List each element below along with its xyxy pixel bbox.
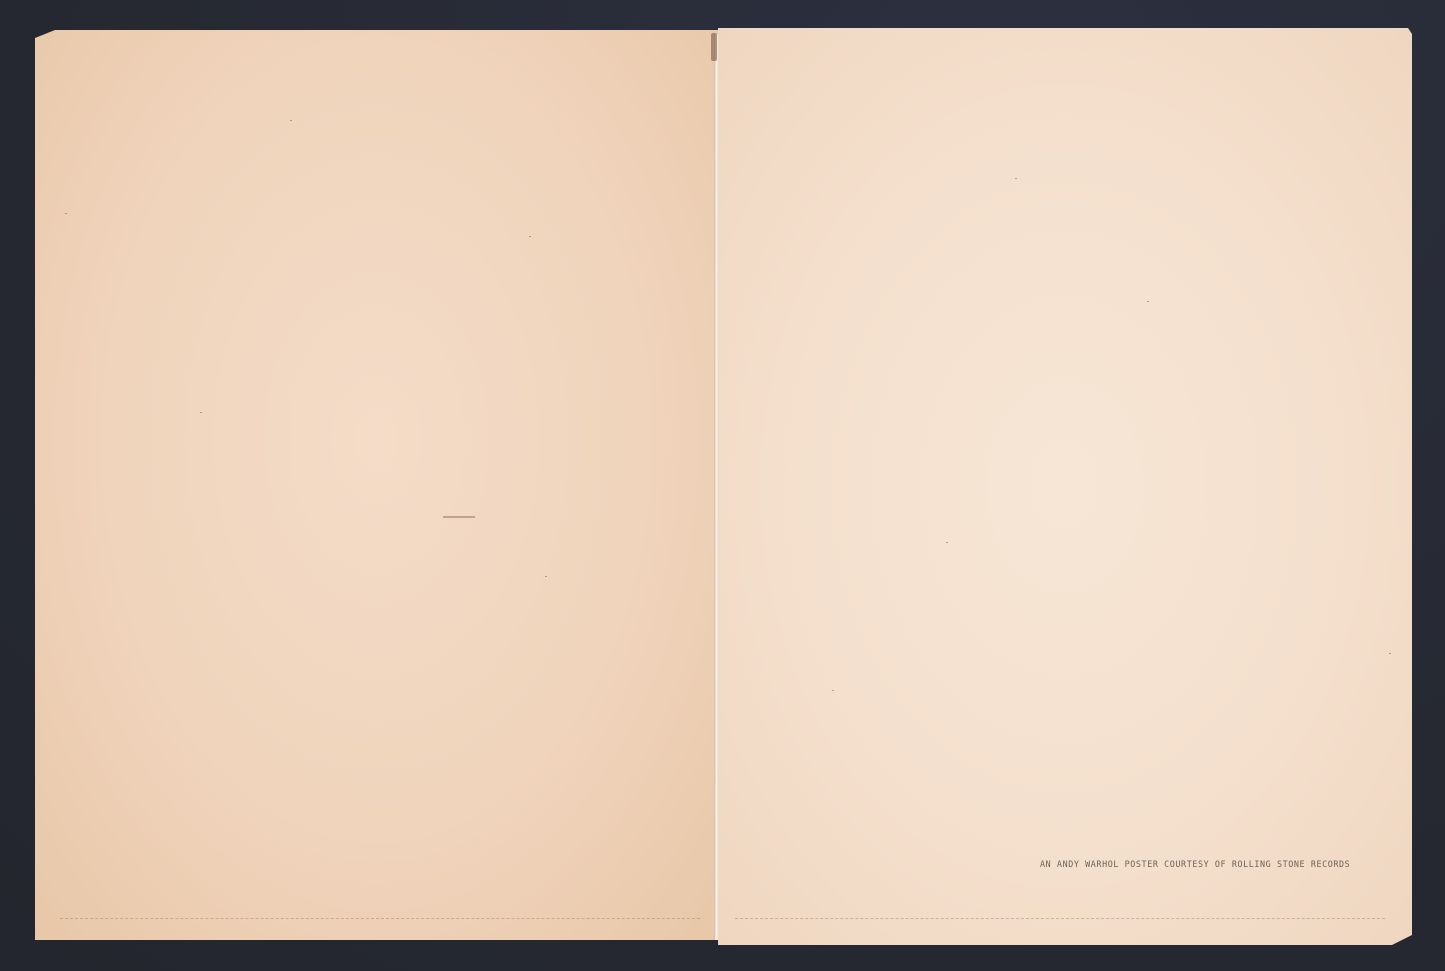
- paper-speck: [65, 213, 67, 214]
- fold-seam: [714, 34, 719, 940]
- paper-speck: [545, 576, 547, 577]
- paper-speck: [832, 690, 834, 691]
- paper-mark: [443, 516, 475, 518]
- paper-speck: [1389, 653, 1391, 654]
- paper-speck: [200, 412, 202, 413]
- paper-speck: [529, 236, 531, 237]
- poster-left-panel: [35, 30, 718, 940]
- paper-speck: [1015, 178, 1017, 179]
- paper-speck: [1147, 301, 1149, 302]
- seam-tear: [711, 33, 717, 61]
- paper-speck: [946, 542, 948, 543]
- paper-speck: [290, 120, 292, 121]
- perforation-line-left: [60, 918, 700, 920]
- poster-right-panel: [718, 28, 1412, 945]
- perforation-line-right: [735, 918, 1385, 920]
- credit-line: AN ANDY WARHOL POSTER COURTESY OF ROLLIN…: [1040, 859, 1350, 869]
